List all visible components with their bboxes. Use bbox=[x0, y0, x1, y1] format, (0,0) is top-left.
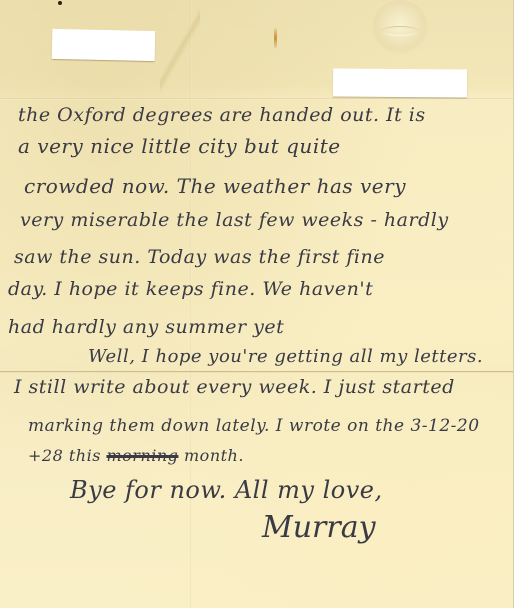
closing-line: Bye for now. All my love, bbox=[70, 478, 383, 502]
ink-mark bbox=[58, 1, 62, 5]
letter-line: Well, I hope you're getting all my lette… bbox=[88, 348, 483, 366]
crest-wings-icon bbox=[382, 26, 418, 36]
paper-stain bbox=[274, 28, 277, 48]
redaction-box bbox=[333, 69, 467, 98]
middle-fold-line bbox=[0, 371, 513, 373]
struck-out-word: morning bbox=[107, 446, 179, 465]
top-fold-line bbox=[0, 98, 513, 100]
line-prefix: +28 this bbox=[28, 446, 107, 465]
letter-line: very miserable the last few weeks - hard… bbox=[20, 211, 449, 230]
letter-line: the Oxford degrees are handed out. It is bbox=[18, 106, 426, 125]
letter-line: I still write about every week. I just s… bbox=[14, 378, 455, 397]
letter-line: +28 this morning month. bbox=[28, 448, 244, 464]
letter-line: saw the sun. Today was the first fine bbox=[14, 248, 385, 267]
letter-page: the Oxford degrees are handed out. It is… bbox=[0, 0, 514, 608]
letter-line: a very nice little city but quite bbox=[18, 136, 341, 156]
letter-line: had hardly any summer yet bbox=[8, 318, 284, 337]
letter-line: crowded now. The weather has very bbox=[24, 176, 406, 196]
signature: Murray bbox=[262, 510, 376, 545]
redaction-box bbox=[52, 29, 156, 61]
line-suffix: month. bbox=[178, 446, 244, 465]
paper-crease bbox=[160, 0, 200, 100]
letter-line: marking them down lately. I wrote on the… bbox=[28, 418, 480, 435]
embossed-crest-icon bbox=[372, 0, 428, 56]
letter-line: day. I hope it keeps fine. We haven't bbox=[8, 280, 373, 299]
